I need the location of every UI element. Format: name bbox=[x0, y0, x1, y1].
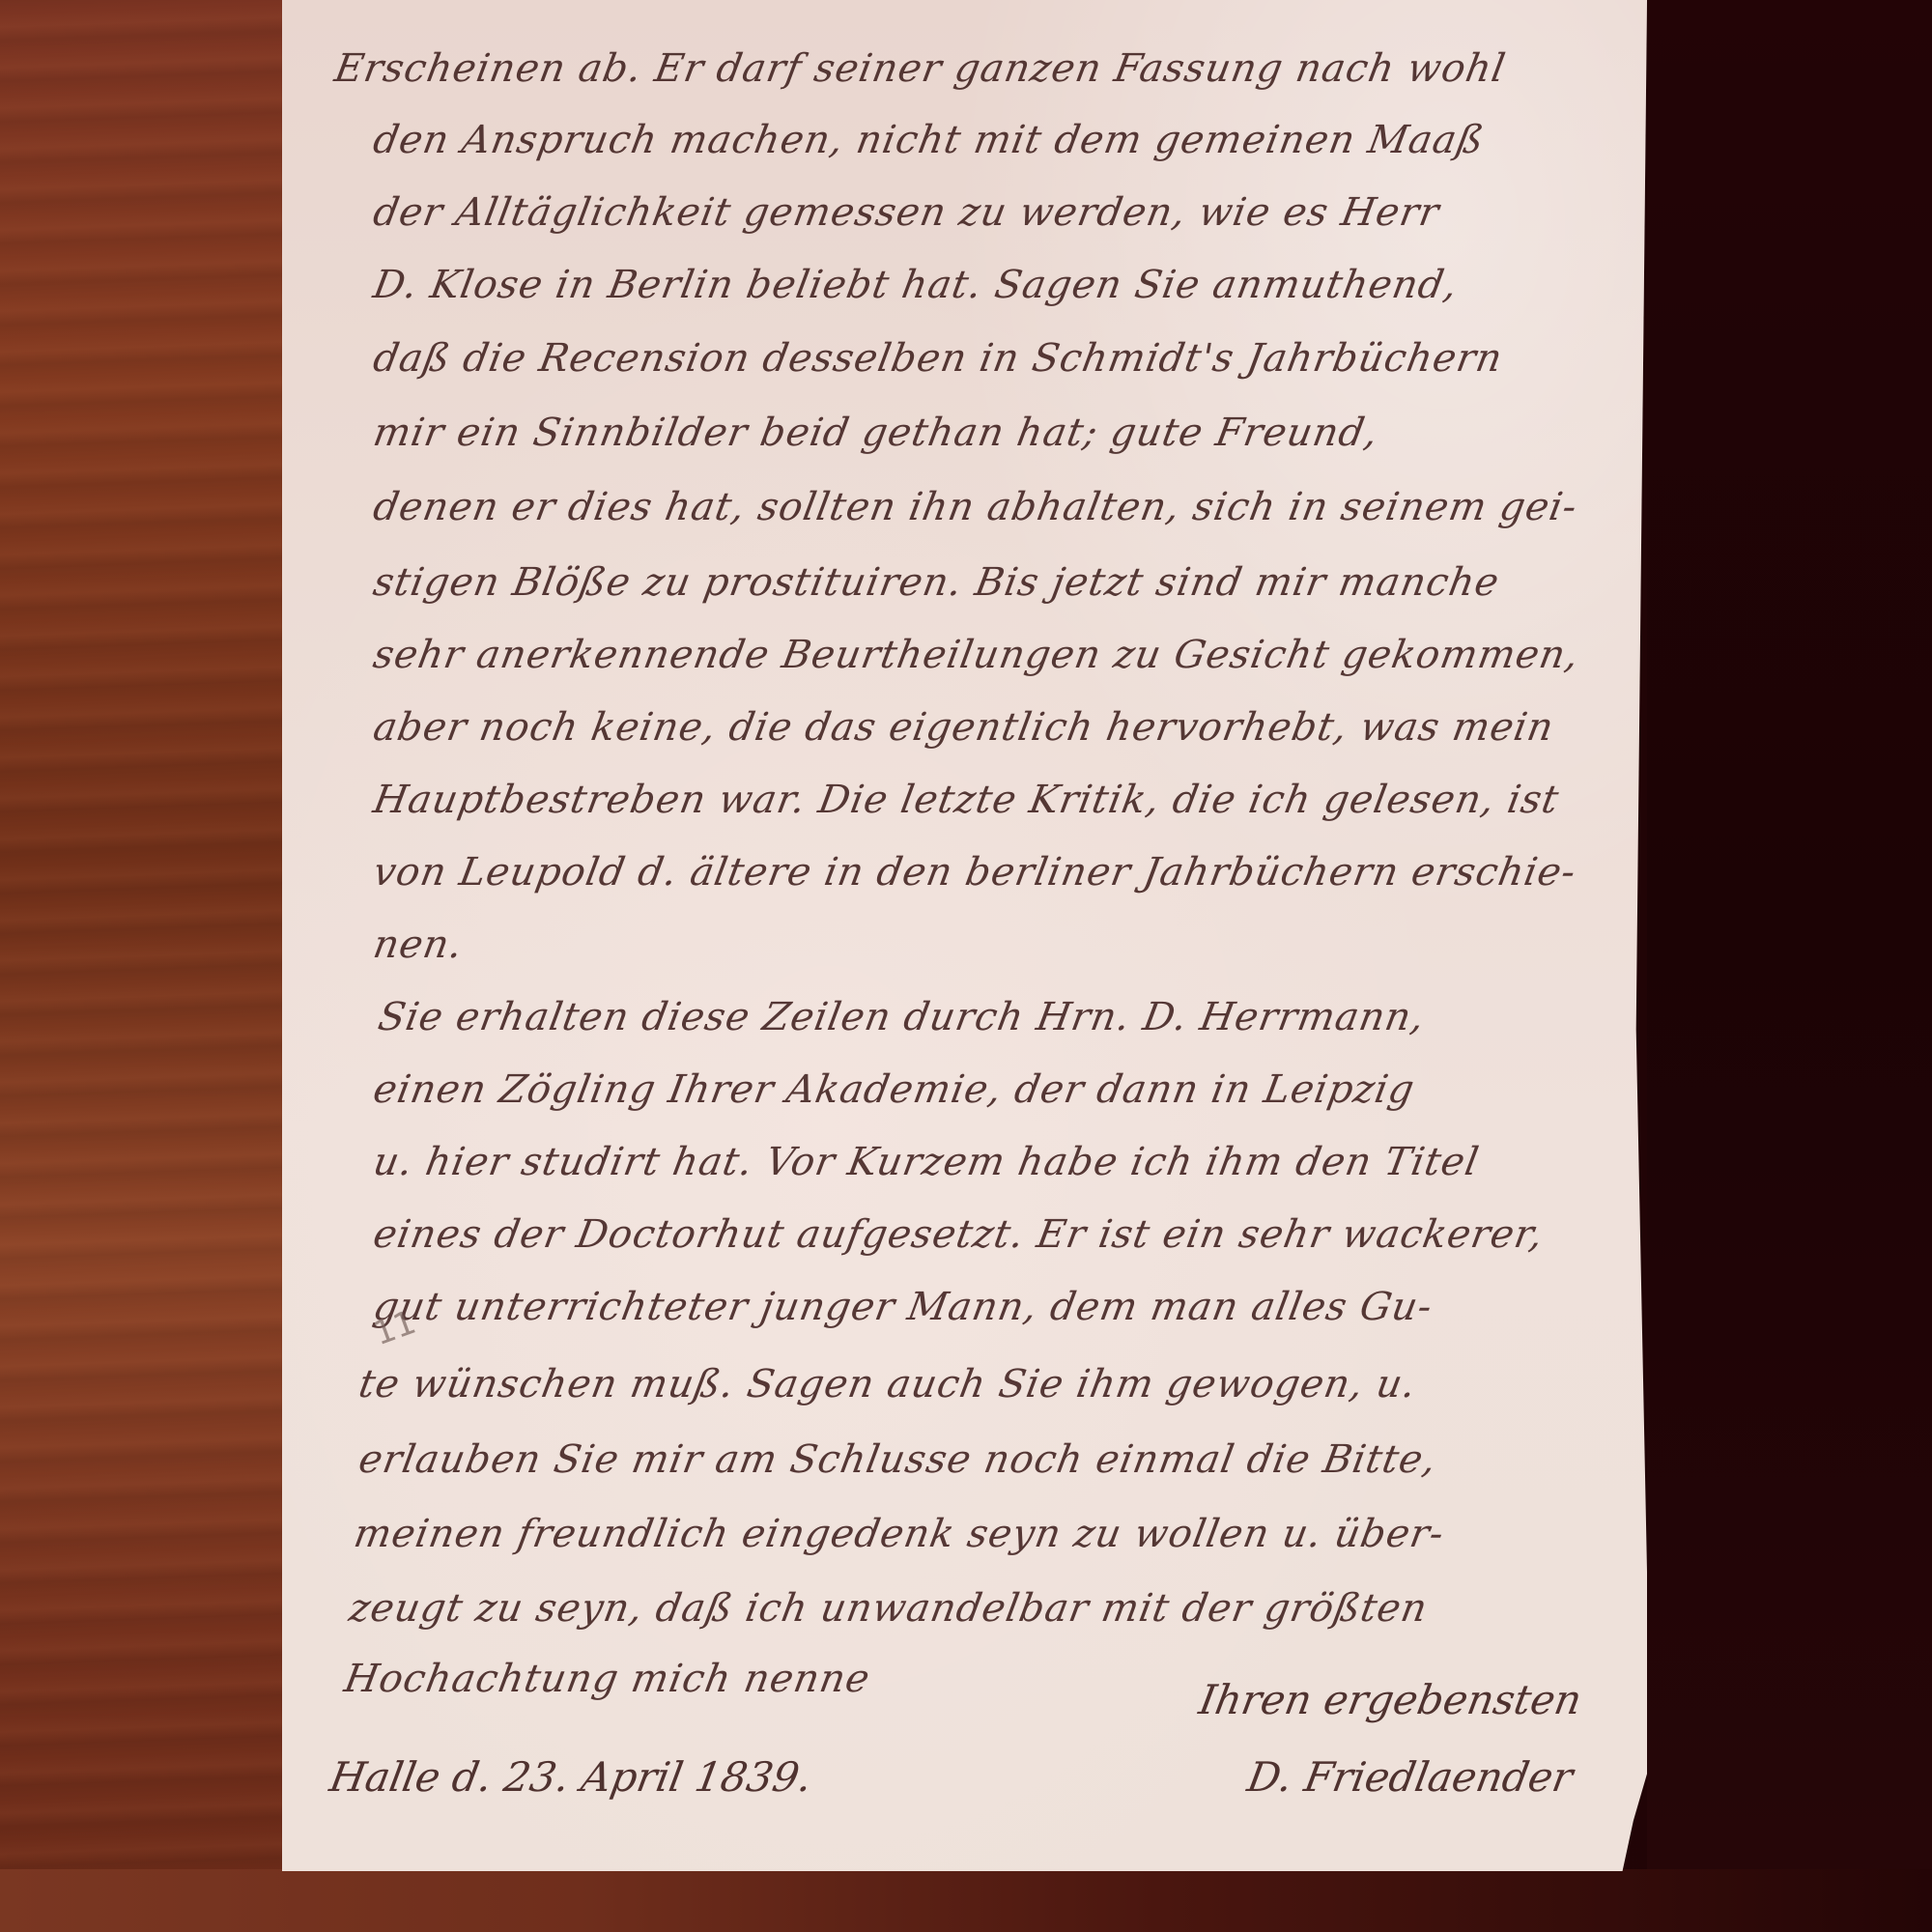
letter-line: der Alltäglichkeit gemessen zu werden, w… bbox=[370, 190, 1443, 235]
letter-line: stigen Blöße zu prostituiren. Bis jetzt … bbox=[370, 560, 1503, 605]
letter-line: den Anspruch machen, nicht mit dem gemei… bbox=[370, 118, 1488, 162]
place-and-date: Halle d. 23. April 1839. bbox=[327, 1753, 816, 1801]
letter-line: Sie erhalten diese Zeilen durch Hrn. D. … bbox=[375, 995, 1429, 1039]
letter-line: nen. bbox=[370, 923, 467, 967]
wooden-table-left bbox=[0, 0, 282, 1932]
letter-line: aber noch keine, die das eigentlich herv… bbox=[370, 705, 1557, 750]
letter-line: erlauben Sie mir am Schlusse noch einmal… bbox=[355, 1437, 1440, 1482]
letter-line: te wünschen muß. Sagen auch Sie ihm gewo… bbox=[355, 1362, 1420, 1406]
letter-line: meinen freundlich eingedenk seyn zu woll… bbox=[351, 1512, 1448, 1556]
letter-line: eines der Doctorhut aufgesetzt. Er ist e… bbox=[370, 1212, 1548, 1257]
letter-line: von Leupold d. ältere in den berliner Ja… bbox=[370, 850, 1579, 895]
signature: D. Friedlaender bbox=[1244, 1753, 1577, 1801]
letter-line: gut unterrichteter junger Mann, dem man … bbox=[370, 1285, 1436, 1329]
dark-background-right bbox=[1647, 0, 1932, 1869]
letter-line: D. Klose in Berlin beliebt hat. Sagen Si… bbox=[370, 263, 1462, 307]
letter-line: zeugt zu seyn, daß ich unwandelbar mit d… bbox=[346, 1586, 1432, 1631]
letter-line: Hochachtung mich nenne bbox=[341, 1657, 873, 1701]
letter-line: einen Zögling Ihrer Akademie, der dann i… bbox=[370, 1067, 1418, 1112]
letter-line: Hauptbestreben war. Die letzte Kritik, d… bbox=[370, 778, 1563, 822]
letter-closing: Ihren ergebensten bbox=[1196, 1676, 1585, 1723]
letter-line: denen er dies hat, sollten ihn abhalten,… bbox=[370, 485, 1581, 529]
letter-line: Erscheinen ab. Er darf seiner ganzen Fas… bbox=[331, 46, 1509, 91]
wooden-table-bottom bbox=[0, 1869, 1932, 1932]
letter-page: Erscheinen ab. Er darf seiner ganzen Fas… bbox=[282, 0, 1647, 1871]
letter-line: daß die Recension desselben in Schmidt's… bbox=[370, 336, 1506, 381]
letter-line: u. hier studirt hat. Vor Kurzem habe ich… bbox=[370, 1140, 1483, 1184]
letter-line: sehr anerkennende Beurtheilungen zu Gesi… bbox=[370, 633, 1583, 677]
letter-line: mir ein Sinnbilder beid gethan hat; gute… bbox=[370, 411, 1382, 455]
